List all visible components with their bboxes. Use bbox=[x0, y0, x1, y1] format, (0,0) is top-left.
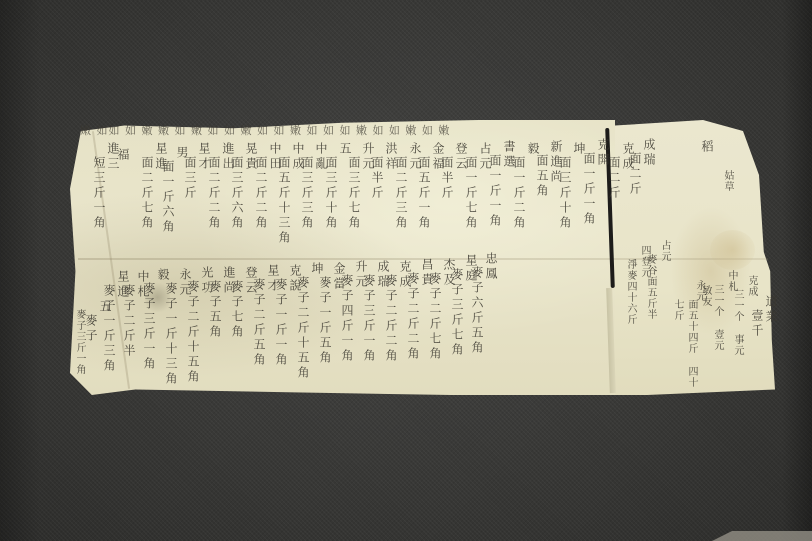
lower-column-5: 敏友面五十四斤 四十七斤 bbox=[670, 285, 712, 395]
lower-column-3: 中札三一个 壹元 bbox=[710, 270, 738, 351]
upper-column-5: 克開面一斤一角 bbox=[582, 138, 610, 227]
upper-column-21: 進出面二斤二角 bbox=[207, 142, 235, 231]
upper-column-4: 克成面二斤 bbox=[607, 142, 635, 201]
header-marks-row: 嫩 如如 如 嫩 嫩 如 嫩 如 如 嫩 如 如 嫩 如 如 如 嫩 如 如 嫩… bbox=[80, 122, 620, 138]
water-stain bbox=[710, 230, 755, 270]
backdrop-shadow-right bbox=[782, 0, 812, 541]
upper-column-24: 星進面二斤七角 bbox=[140, 142, 168, 231]
upper-column-8: 毅面一斤二角 bbox=[512, 142, 540, 231]
backdrop-shadow-left bbox=[0, 0, 40, 541]
lower-column-27: 麥子三斤一角 bbox=[72, 295, 86, 375]
lower-column-26: 五麥子 bbox=[84, 300, 112, 344]
backdrop-corner-flap bbox=[712, 531, 812, 541]
upper-column-26: 進三短三斤一角 bbox=[92, 142, 120, 231]
upper-column-10: 占元面一斤七角 bbox=[464, 142, 492, 231]
upper-column-16: 五面三斤十角 bbox=[324, 142, 352, 231]
upper-column-9: 書選面一斤一角 bbox=[488, 140, 516, 229]
lower-column-7: 四登元淨麥四十六斤 bbox=[623, 245, 651, 325]
ledger-document: 嫩 如如 如 嫩 嫩 如 嫩 如 如 嫩 如 如 嫩 如 如 如 嫩 如 如 嫩… bbox=[70, 120, 775, 395]
upper-column-13: 永元面二斤三角 bbox=[394, 142, 422, 231]
upper-column-1: 稻 bbox=[700, 140, 714, 155]
upper-column-19: 中田面二斤二角 bbox=[254, 142, 282, 231]
upper-column-2: 姑草 bbox=[720, 170, 734, 192]
